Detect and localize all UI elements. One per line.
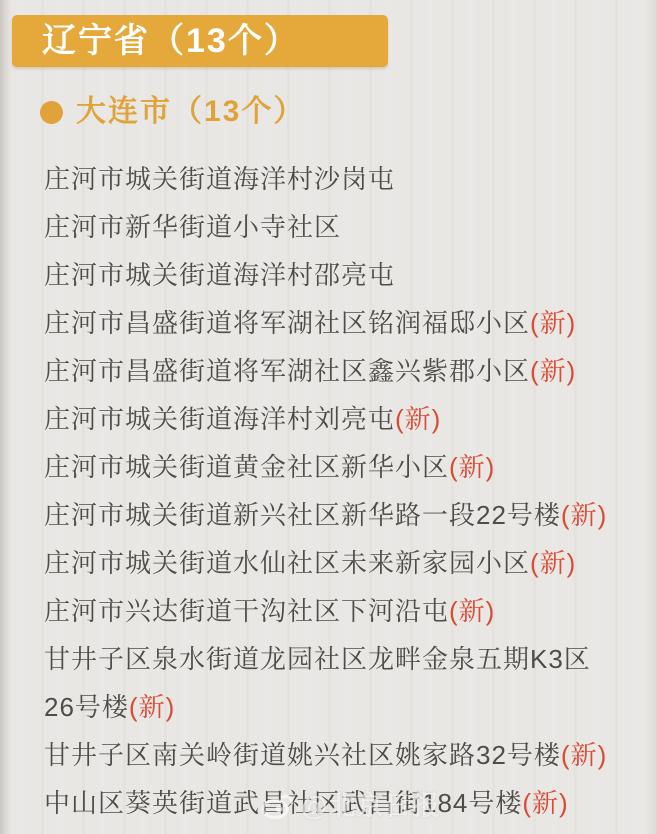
new-badge: (新) [561,740,607,770]
new-badge: (新) [530,356,576,386]
location-text: 庄河市城关街道新兴社区新华路一段22号楼 [44,500,561,530]
new-badge: (新) [395,404,441,434]
list-item: 庄河市兴达街道干沟社区下河沿屯(新) [44,587,616,635]
location-text: 甘井子区南关岭街道姚兴社区姚家路32号楼 [44,740,561,770]
city-title: 大连市（13个） [76,97,305,127]
list-item: 庄河市城关街道水仙社区未来新家园小区(新) [44,539,616,587]
province-title: 辽宁省（13个） [42,24,300,58]
new-badge: (新) [522,788,568,818]
location-text: 庄河市城关街道海洋村邵亮屯 [44,260,395,290]
new-badge: (新) [561,500,607,530]
location-text: 庄河市昌盛街道将军湖社区鑫兴紫郡小区 [44,356,530,386]
location-text: 庄河市城关街道海洋村沙岗屯 [44,164,395,194]
location-text: 中山区葵英街道武昌社区武昌街184号楼 [44,788,522,818]
list-item: 庄河市新华街道小寺社区 [44,203,616,251]
new-badge: (新) [530,548,576,578]
location-text: 庄河市昌盛街道将军湖社区铭润福邸小区 [44,308,530,338]
new-badge: (新) [530,308,576,338]
location-text: 甘井子区泉水街道龙园社区龙畔金泉五期K3区26号楼 [44,644,591,722]
new-badge: (新) [129,692,175,722]
location-text: 庄河市城关街道黄金社区新华小区 [44,452,449,482]
list-item: 庄河市城关街道海洋村沙岗屯 [44,155,616,203]
list-item: 中山区葵英街道武昌社区武昌街184号楼(新) [44,779,616,827]
new-badge: (新) [449,596,495,626]
new-badge: (新) [449,452,495,482]
location-text: 庄河市兴达街道干沟社区下河沿屯 [44,596,449,626]
province-header-badge: 辽宁省（13个） [12,15,388,67]
location-text: 庄河市城关街道水仙社区未来新家园小区 [44,548,530,578]
list-item: 庄河市昌盛街道将军湖社区鑫兴紫郡小区(新) [44,347,616,395]
location-text: 庄河市新华街道小寺社区 [44,212,341,242]
infographic-page: 辽宁省（13个） 大连市（13个） 庄河市城关街道海洋村沙岗屯 庄河市新华街道小… [0,0,657,834]
list-item: 庄河市城关街道海洋村刘亮屯(新) [44,395,616,443]
list-item: 庄河市城关街道海洋村邵亮屯 [44,251,616,299]
list-item: 庄河市昌盛街道将军湖社区铭润福邸小区(新) [44,299,616,347]
list-item: 庄河市城关街道新兴社区新华路一段22号楼(新) [44,491,616,539]
city-header: 大连市（13个） [40,97,305,127]
bullet-icon [40,101,63,124]
location-text: 庄河市城关街道海洋村刘亮屯 [44,404,395,434]
location-list: 庄河市城关街道海洋村沙岗屯 庄河市新华街道小寺社区 庄河市城关街道海洋村邵亮屯 … [44,155,616,827]
list-item: 庄河市城关街道黄金社区新华小区(新) [44,443,616,491]
list-item: 甘井子区泉水街道龙园社区龙畔金泉五期K3区26号楼(新) [44,635,616,731]
list-item: 甘井子区南关岭街道姚兴社区姚家路32号楼(新) [44,731,616,779]
